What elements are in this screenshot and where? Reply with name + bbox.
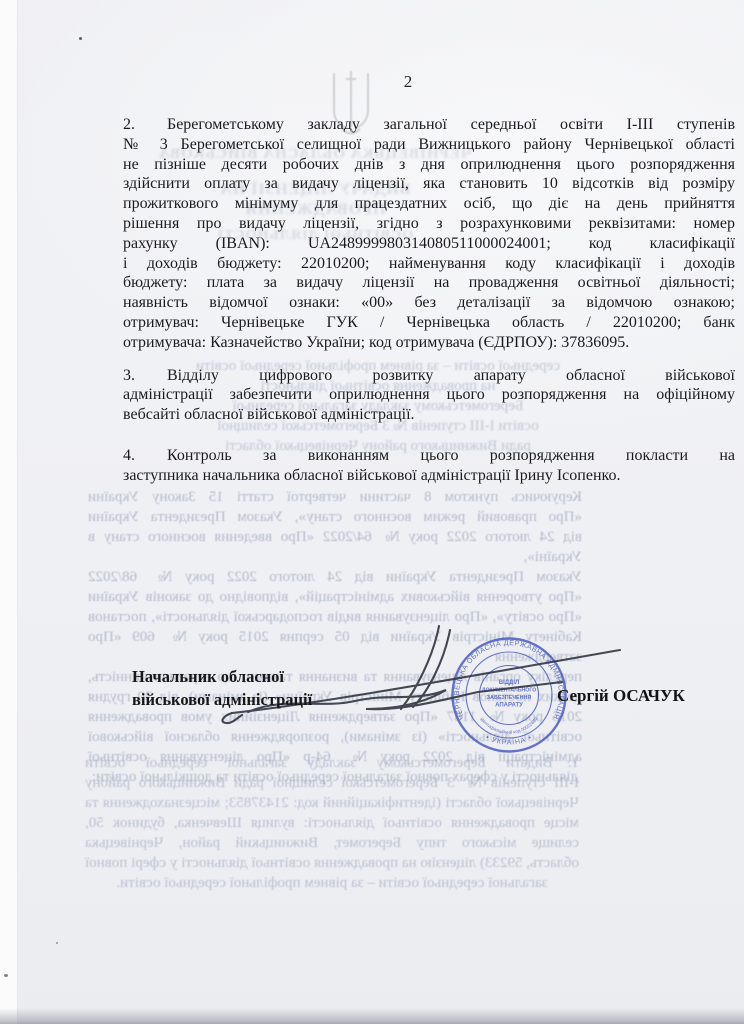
scanner-edge-strip	[0, 0, 18, 1024]
signer-name: Сергій ОСАЧУК	[557, 686, 727, 706]
text-line: отримувач: Чернівецьке ГУК / Чернівецька…	[123, 313, 735, 333]
paragraph-3: 3. Відділу цифрового розвитку апарату об…	[123, 366, 735, 425]
text-line: рішення про видачу ліцензії, згідно з ро…	[123, 214, 735, 234]
text-line: Чернівецької області (ідентифікаційний к…	[85, 793, 579, 813]
signer-role-line: військової адміністрації	[132, 688, 382, 711]
text-line: здійснити оплату за видачу ліцензії, яка…	[123, 174, 735, 194]
text-line: адміністрації забезпечити оприлюднення ц…	[123, 385, 735, 405]
text-line: прожиткового мінімуму для працездатних о…	[123, 194, 735, 214]
text-line: «Про утворення військових адміністрацій»…	[88, 587, 582, 607]
bleedthrough-block-2: 1. Видати Берегометському закладу загаль…	[85, 753, 579, 893]
scanned-document-page: 2 ЧЕРНІВЕЦЬКА ОБЛАСНА ВІЙСЬКОВА ВИДАЧУ Л…	[0, 0, 744, 1024]
paragraph-4: 4. Контроль за виконанням цього розпоряд…	[123, 446, 735, 486]
text-line: не пізніше десяти робочих днів з дня опр…	[123, 155, 735, 175]
paragraph-2: 2. Берегометському закладу загальної сер…	[123, 115, 735, 353]
text-line: вебсайті обласної військової адміністрац…	[123, 405, 735, 425]
dust-speck	[56, 942, 58, 944]
text-line: Керуючись пунктом 8 частини четвертої ст…	[88, 487, 582, 507]
text-line: і доходів бюджету: 22010200; найменуванн…	[123, 254, 735, 274]
text-line: селище міського типу Берегомет, Вижницьк…	[85, 833, 579, 853]
text-line: І-ІІІ ступенів № 3 Берегометської селищн…	[85, 773, 579, 793]
text-line: наявність відомчої ознаки: «00» без дета…	[123, 293, 735, 313]
text-line: 2. Берегометському закладу загальної сер…	[123, 115, 735, 135]
text-line: «Про правовий режим воєнного стану», Ука…	[88, 507, 582, 527]
text-line: область, 59233) ліцензію на провадження …	[85, 853, 579, 873]
signer-role: Начальник обласної військової адміністра…	[132, 665, 382, 711]
text-line: отримувача: Казначейство України; код от…	[123, 333, 735, 353]
signer-role-line: Начальник обласної	[132, 665, 382, 688]
document-body: 2. Берегометському закладу загальної сер…	[123, 115, 735, 486]
text-line: рахунку (IBAN): UA2489999803140805110000…	[123, 234, 735, 254]
page-number: 2	[388, 72, 428, 92]
dust-speck	[79, 37, 82, 40]
text-line: 4. Контроль за виконанням цього розпоряд…	[123, 446, 735, 466]
text-line: 1. Видати Берегометському закладу загаль…	[85, 753, 579, 773]
text-line: загальної середньої освіти – за рівнем п…	[85, 873, 579, 893]
text-line: заступника начальника обласної військово…	[123, 466, 735, 486]
text-line: бюджету: плата за видачу ліцензії на про…	[123, 273, 735, 293]
dust-speck	[4, 974, 8, 977]
text-line: місце провадження освітньої діяльності: …	[85, 813, 579, 833]
text-line: від 24 лютого 2022 року № 64/2022 «Про в…	[88, 527, 582, 567]
text-line: Указом Президента України від 24 лютого …	[88, 567, 582, 587]
text-line: № 3 Берегометської селищної ради Вижниць…	[123, 135, 735, 155]
scan-bottom-shadow	[0, 1008, 744, 1024]
text-line: 3. Відділу цифрового розвитку апарату об…	[123, 366, 735, 386]
